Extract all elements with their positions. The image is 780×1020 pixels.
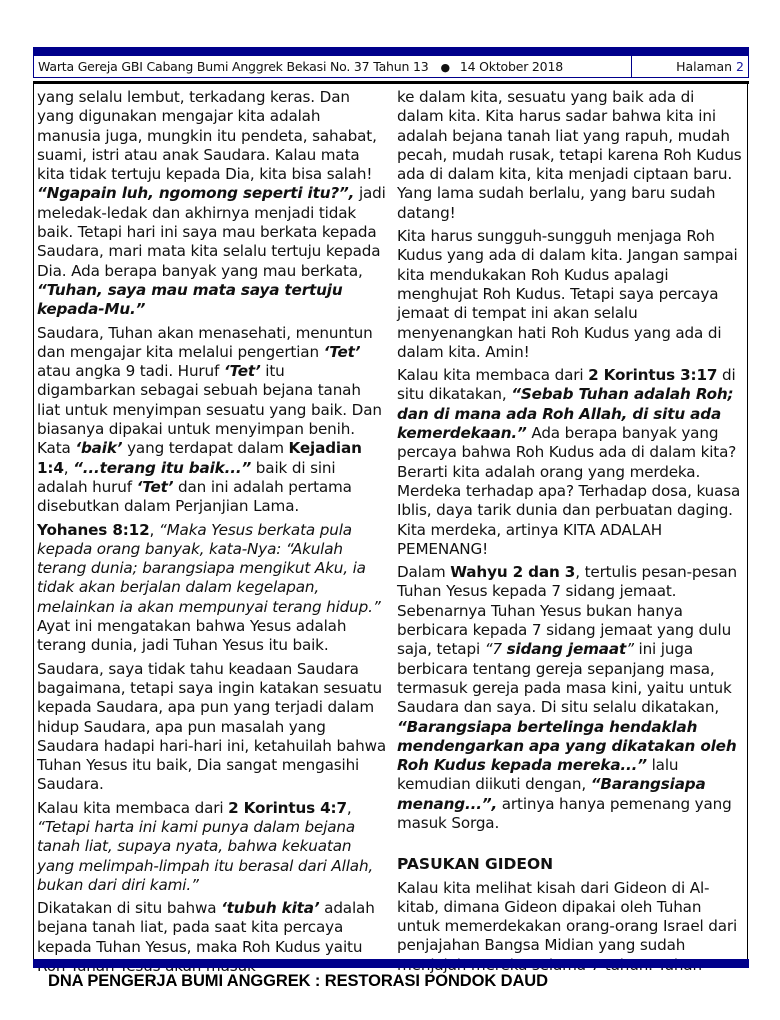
- paragraph: ke dalam kita, sesuatu yang baik ada di …: [397, 88, 745, 223]
- publication-title: Warta Gereja GBI Cabang Bumi Anggrek Bek…: [38, 59, 428, 74]
- emphasis-text: ‘Tet’: [324, 343, 361, 361]
- paragraph: Kalau kita membaca dari 2 Korintus 4:7, …: [37, 799, 387, 895]
- quote-text: “Ngapain luh, ngomong seperti itu?”,: [37, 184, 354, 202]
- body-text: ,: [150, 521, 159, 539]
- quote-text: “Barangsiapa bertelinga hen­daklah mende…: [397, 718, 737, 775]
- footer-bar: [33, 959, 749, 968]
- quote-text: “7: [485, 640, 507, 658]
- body-text: Ada berapa banyak yang percaya bahwa Roh…: [397, 424, 740, 558]
- page-indicator: Halaman 2: [632, 56, 748, 77]
- quote-text: “...terang itu baik...”: [73, 459, 251, 477]
- page-header: Warta Gereja GBI Cabang Bumi Anggrek Bek…: [33, 56, 749, 78]
- header-publication-info: Warta Gereja GBI Cabang Bumi Anggrek Bek…: [34, 56, 632, 77]
- paragraph: Dalam Wahyu 2 dan 3, tertulis pesan-pesa…: [397, 563, 745, 833]
- article-body: yang selalu lembut, terkadang keras. Dan…: [33, 84, 748, 959]
- scripture-reference: 2 Korintus 3:17: [588, 366, 717, 384]
- scripture-reference: Yohanes 8:12: [37, 521, 150, 539]
- emphasis-text: ‘tubuh kita’: [221, 899, 319, 917]
- body-text: Saudara, saya tidak tahu keadaan Saudara…: [37, 660, 386, 794]
- body-text: Ayat ini mengatakan bahwa Yesus adalah t…: [37, 617, 346, 654]
- right-column: ke dalam kita, sesuatu yang baik ada di …: [397, 88, 745, 979]
- body-text: Kalau kita membaca dari: [37, 799, 228, 817]
- section-heading: PASUKAN GIDEON: [397, 855, 745, 874]
- emphasis-text: ‘Tet’: [137, 478, 174, 496]
- bullet-separator-icon: ●: [440, 57, 449, 78]
- quote-text: “Tetapi harta ini kami punya dalam bejan…: [37, 818, 373, 894]
- page-number: 2: [736, 59, 744, 74]
- header-top-bar: [33, 47, 749, 56]
- body-text: yang terdapat dalam: [122, 439, 288, 457]
- body-text: Kita harus sungguh-sungguh menjaga Roh K…: [397, 227, 738, 361]
- paragraph: Kita harus sungguh-sungguh menjaga Roh K…: [397, 227, 745, 362]
- scripture-reference: 2 Korintus 4:7: [228, 799, 347, 817]
- paragraph: Saudara, Tuhan akan menasehati, menun­tu…: [37, 324, 387, 517]
- publication-date: 14 Oktober 2018: [460, 59, 563, 74]
- body-text: ,: [64, 459, 73, 477]
- left-column: yang selalu lembut, terkadang keras. Dan…: [37, 88, 387, 980]
- paragraph: yang selalu lembut, terkadang keras. Dan…: [37, 88, 387, 320]
- body-text: Saudara, Tuhan akan menasehati, menun­tu…: [37, 324, 373, 361]
- body-text: ,: [347, 799, 352, 817]
- scripture-reference: Wahyu 2 dan 3: [450, 563, 575, 581]
- emphasis-text: ‘Tet’: [224, 362, 261, 380]
- body-text: Dikatakan di situ bahwa: [37, 899, 221, 917]
- body-text: yang selalu lembut, terkadang keras. Dan…: [37, 88, 377, 183]
- body-text: Kalau kita membaca dari: [397, 366, 588, 384]
- quote-text: sidang jemaat: [507, 640, 626, 658]
- paragraph: Yohanes 8:12, “Maka Yesus berkata pula k…: [37, 521, 387, 656]
- quote-text: ”: [626, 640, 634, 658]
- body-text: ke dalam kita, sesuatu yang baik ada di …: [397, 88, 742, 222]
- body-text: Dalam: [397, 563, 450, 581]
- page-label: Halaman: [676, 59, 732, 74]
- paragraph: Kalau kita membaca dari 2 Korintus 3:17 …: [397, 366, 745, 559]
- paragraph: Saudara, saya tidak tahu keadaan Saudara…: [37, 660, 387, 795]
- body-text: atau angka 9 tadi. Huruf: [37, 362, 224, 380]
- emphasis-text: ‘baik’: [75, 439, 122, 457]
- quote-text: “Tuhan, saya mau mata saya tertuju kepad…: [37, 281, 343, 318]
- page-footer: DNA PENGERJA BUMI ANGGREK : RESTORASI PO…: [48, 972, 548, 991]
